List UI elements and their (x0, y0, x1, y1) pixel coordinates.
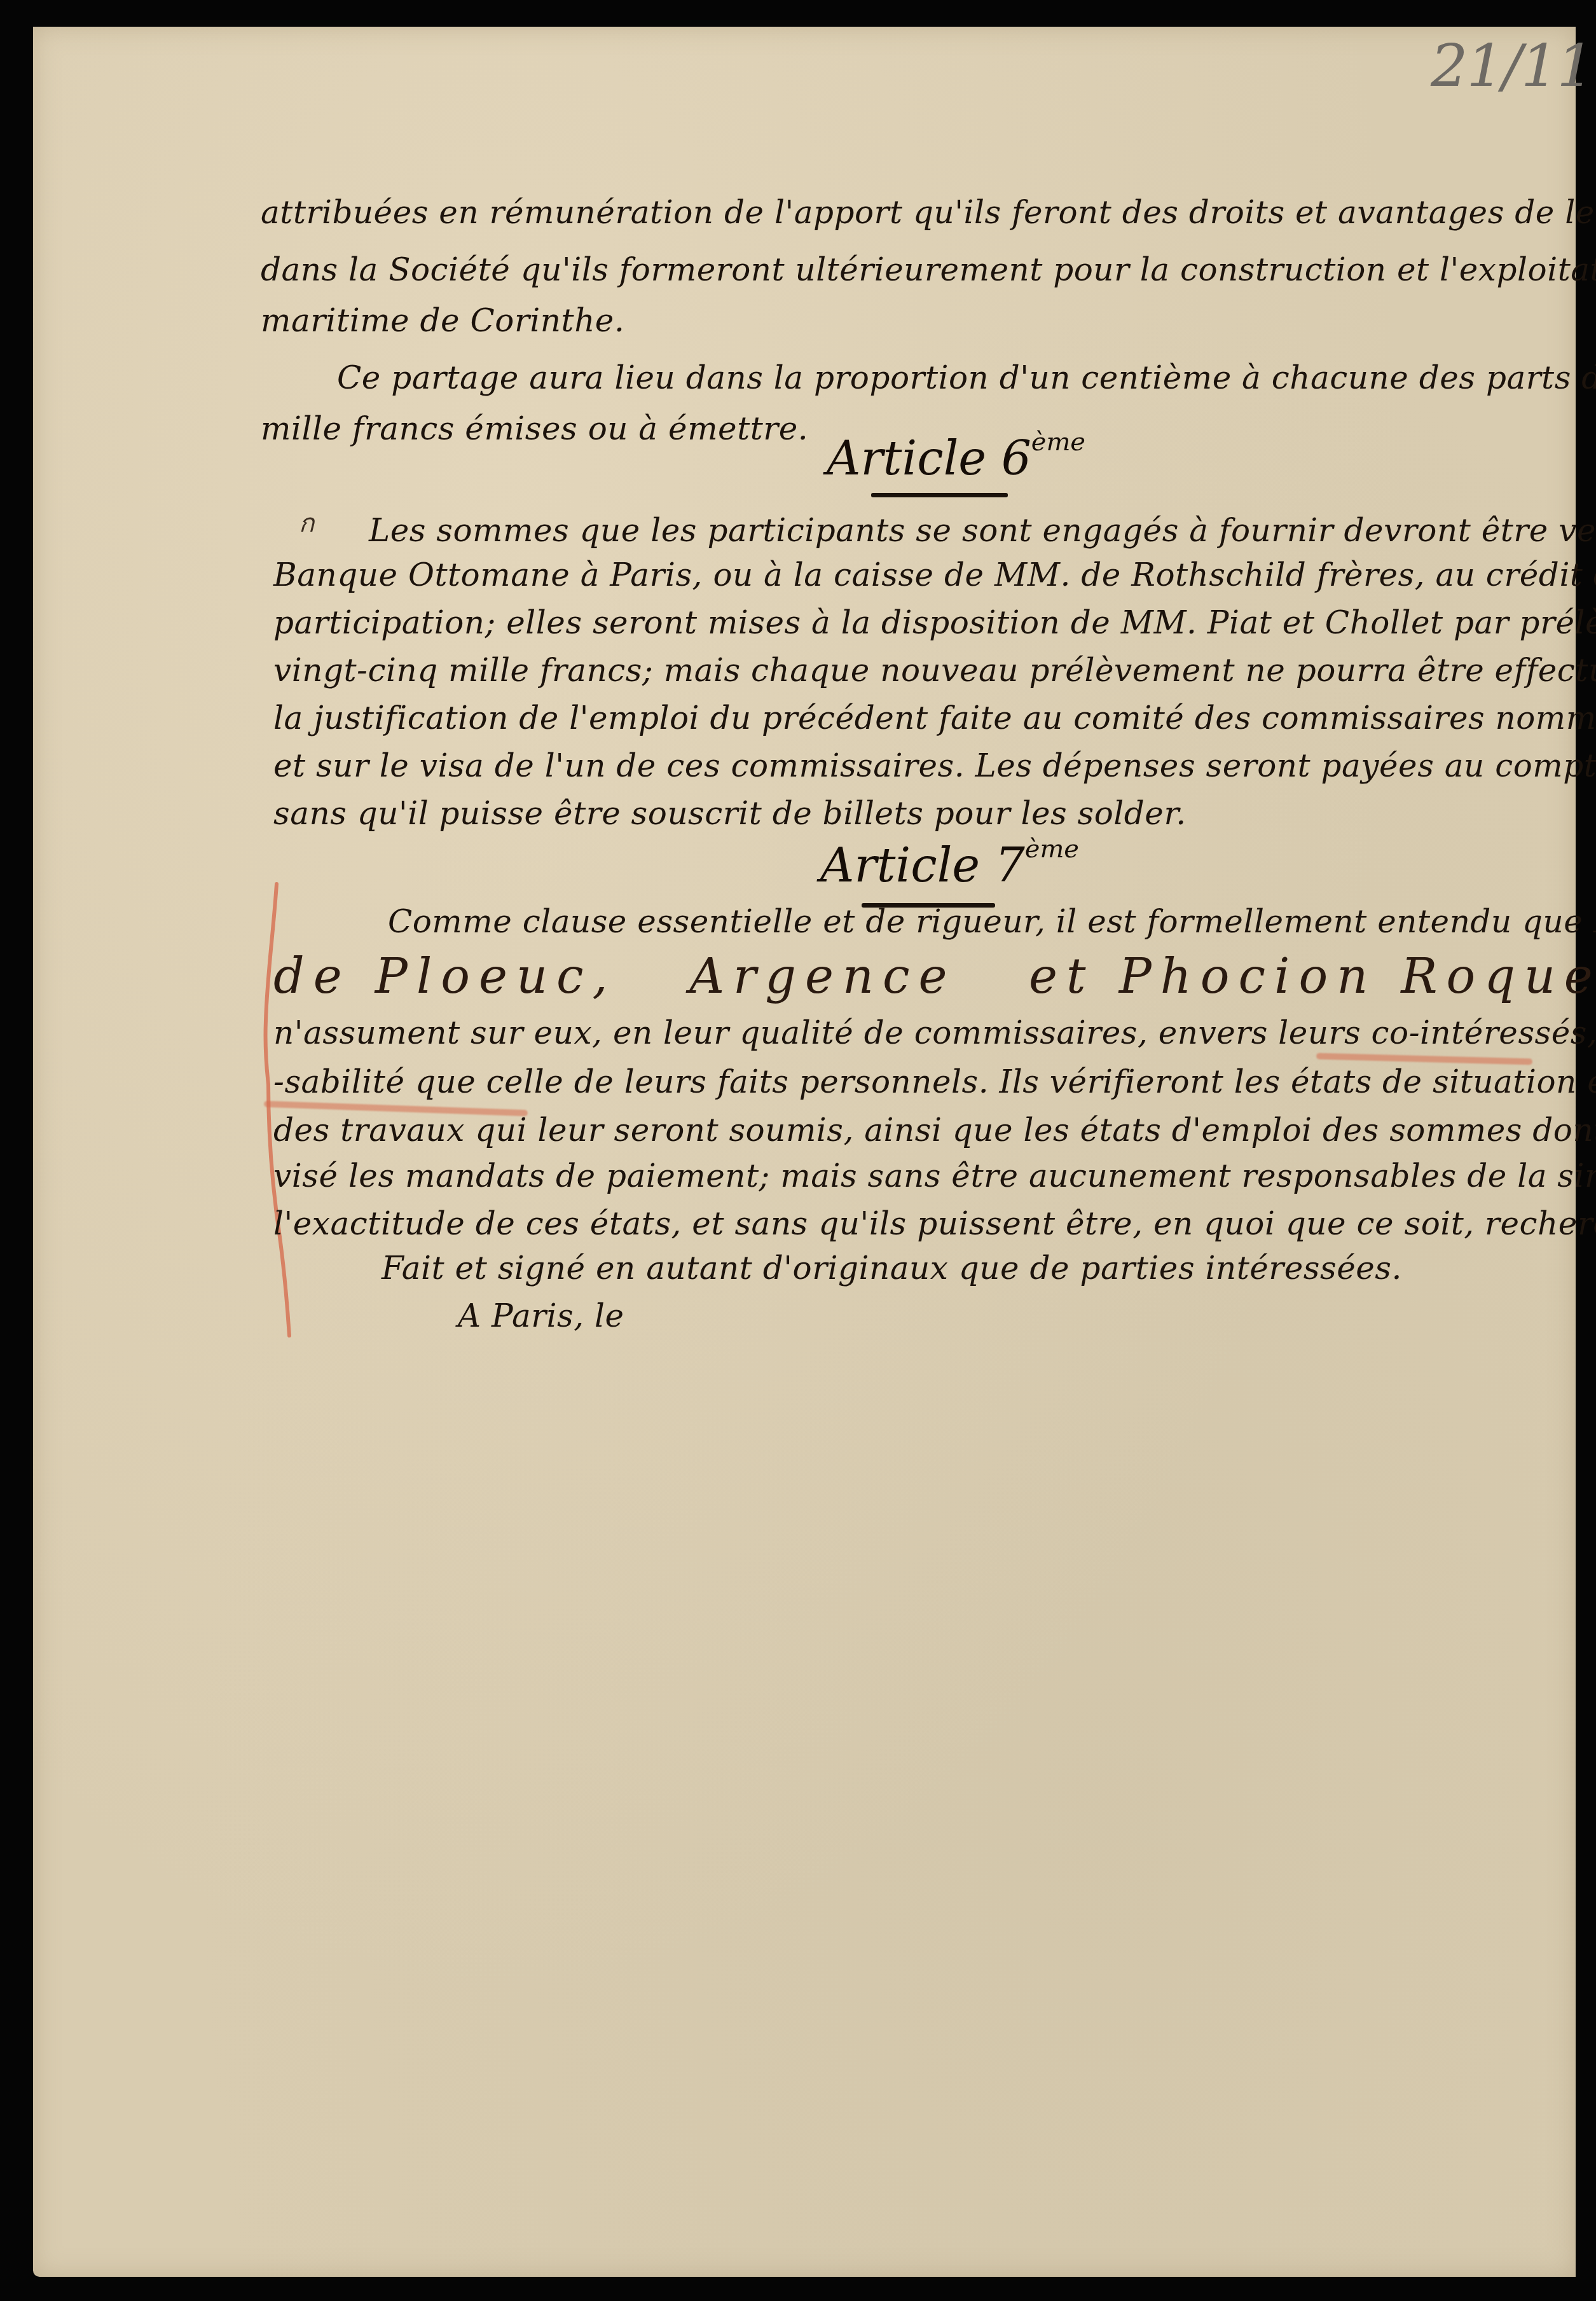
text-line: visé les mandats de paiement; mais sans … (273, 1157, 1596, 1194)
text-line: l'exactitude de ces états, et sans qu'il… (273, 1205, 1596, 1242)
name-phocion-roques: Phocion Roques (1119, 948, 1596, 1004)
folio-number: 21/11 (1431, 32, 1593, 100)
article-6-heading-text: Article 6 (827, 431, 1031, 486)
names-prefix: de (273, 948, 351, 1004)
text-line: Banque Ottomane à Paris, ou à la caisse … (273, 556, 1596, 593)
text-line: vingt-cinq mille francs; mais chaque nou… (273, 652, 1596, 689)
closing-line: Fait et signé en autant d'originaux que … (382, 1250, 1402, 1287)
text-line: maritime de Corinthe. (261, 302, 624, 339)
text-line: mille francs émises ou à émettre. (261, 410, 808, 447)
names-conjunction: et (1029, 948, 1095, 1004)
name-ploeuc: Ploeuc, (375, 948, 617, 1004)
commissioners-names: de Ploeuc, Argence et Phocion Roques (273, 948, 1596, 1004)
article-6-heading: Article 6ème (827, 431, 1085, 486)
text-line: Comme clause essentielle et de rigueur, … (388, 903, 1596, 940)
article-6-heading-suffix: ème (1031, 427, 1085, 457)
article-6-underline (871, 493, 1008, 497)
article-7-heading: Article 7ème (820, 838, 1079, 893)
text-line: -sabilité que celle de leurs faits perso… (273, 1063, 1596, 1100)
text-line: n'assument sur eux, en leur qualité de c… (273, 1014, 1596, 1051)
text-line: attribuées en rémunération de l'apport q… (261, 194, 1596, 231)
text-line: Les sommes que les participants se sont … (369, 512, 1596, 549)
text-line: Ce partage aura lieu dans la proportion … (337, 359, 1596, 396)
stray-ink-mark: ก (299, 502, 314, 543)
text-line: participation; elles seront mises à la d… (273, 604, 1596, 641)
text-line: et sur le visa de l'un de ces commissair… (273, 747, 1596, 784)
article-7-heading-text: Article 7 (820, 838, 1025, 893)
text-line: dans la Société qu'ils formeront ultérie… (261, 251, 1596, 288)
text-line: des travaux qui leur seront soumis, ains… (273, 1112, 1596, 1149)
name-argence: Argence (689, 948, 956, 1004)
place-date-line: A Paris, le (458, 1297, 624, 1334)
text-line: sans qu'il puisse être souscrit de bille… (273, 795, 1187, 832)
text-line: la justification de l'emploi du précéden… (273, 700, 1596, 736)
article-7-heading-suffix: ème (1025, 834, 1079, 864)
